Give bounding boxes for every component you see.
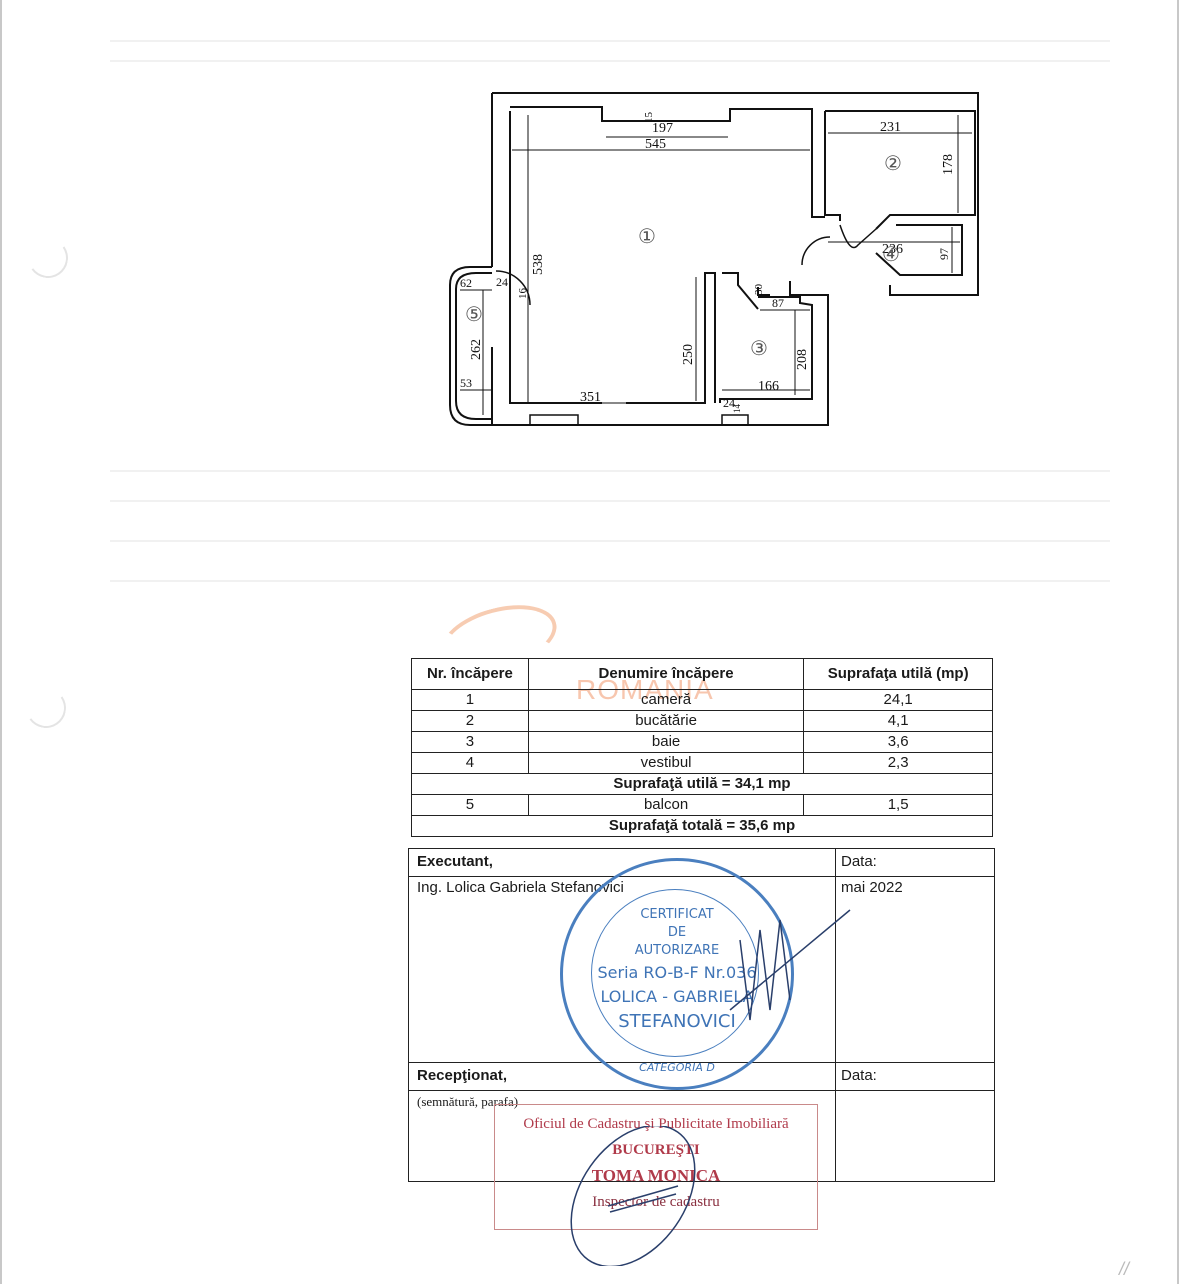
subtotal-row: Suprafaţă utilă = 34,1 mp <box>412 774 993 795</box>
svg-text:15: 15 <box>643 112 655 124</box>
bleed-through-text <box>110 40 1110 42</box>
svg-text:30: 30 <box>753 284 765 296</box>
header-area: Suprafaţa utilă (mp) <box>804 659 993 690</box>
room-area-table: Nr. încăpere Denumire încăpere Suprafaţa… <box>411 658 993 837</box>
svg-text:351: 351 <box>580 390 601 405</box>
svg-text:97: 97 <box>937 248 951 260</box>
svg-text:87: 87 <box>772 296 784 310</box>
table-row: 4 vestibul 2,3 <box>412 753 993 774</box>
room-number-2: ② <box>884 153 902 175</box>
room-number-3: ③ <box>750 338 768 360</box>
svg-text:14: 14 <box>732 404 742 414</box>
table-row: 3 baie 3,6 <box>412 732 993 753</box>
table-row: 1 cameră 24,1 <box>412 690 993 711</box>
svg-text:178: 178 <box>941 154 956 175</box>
svg-text:262: 262 <box>469 339 484 360</box>
door-arc <box>802 237 830 265</box>
total-row: Suprafaţă totală = 35,6 mp <box>412 816 993 837</box>
svg-text:53: 53 <box>460 376 472 390</box>
floor-plan: 197 545 231 236 62 24 53 351 87 166 24 1… <box>440 85 990 435</box>
svg-text:231: 231 <box>880 120 901 135</box>
room-number-1: ① <box>638 226 656 248</box>
punch-hole <box>23 685 69 731</box>
svg-text:62: 62 <box>460 276 472 290</box>
inspector-signature <box>548 1126 718 1266</box>
executant-label: Executant, <box>417 853 493 870</box>
table-row: 5 balcon 1,5 <box>412 795 993 816</box>
room-number-5: ⑤ <box>465 304 483 326</box>
receptionat-date-label: Data: <box>841 1067 877 1084</box>
door-swing <box>840 225 876 248</box>
bleed-through-text <box>110 500 1110 502</box>
bleed-through-text <box>110 580 1110 582</box>
room-number-4: ④ <box>882 244 900 266</box>
svg-text:545: 545 <box>645 137 666 152</box>
signature-scribble <box>720 900 860 1040</box>
bleed-through-text <box>110 60 1110 62</box>
room1-wall <box>626 273 715 403</box>
outer-wall <box>492 93 978 295</box>
table-row: 2 bucătărie 4,1 <box>412 711 993 732</box>
executant-date-value: mai 2022 <box>841 879 903 896</box>
total-text: Suprafaţă totală = 35,6 mp <box>412 816 993 837</box>
svg-text:250: 250 <box>681 344 696 365</box>
table-header-row: Nr. încăpere Denumire încăpere Suprafaţa… <box>412 659 993 690</box>
bleed-through-text <box>110 470 1110 472</box>
svg-text:208: 208 <box>795 349 810 370</box>
svg-text:166: 166 <box>758 379 779 394</box>
window <box>530 415 578 425</box>
svg-text:538: 538 <box>531 254 546 275</box>
bleed-through-text <box>110 540 1110 542</box>
subtotal-text: Suprafaţă utilă = 34,1 mp <box>412 774 993 795</box>
executant-date-label: Data: <box>841 853 877 870</box>
header-room-number: Nr. încăpere <box>412 659 529 690</box>
corner-mark: // <box>1119 1259 1129 1280</box>
window <box>722 415 748 425</box>
punch-hole <box>25 235 71 281</box>
svg-text:16: 16 <box>517 288 529 300</box>
receptionat-label: Recepţionat, <box>417 1067 507 1084</box>
svg-text:24: 24 <box>496 275 508 289</box>
svg-text:197: 197 <box>652 121 673 136</box>
page-left-edge <box>0 0 2 1284</box>
room1-wall <box>510 107 825 403</box>
header-room-name: Denumire încăpere <box>528 659 803 690</box>
